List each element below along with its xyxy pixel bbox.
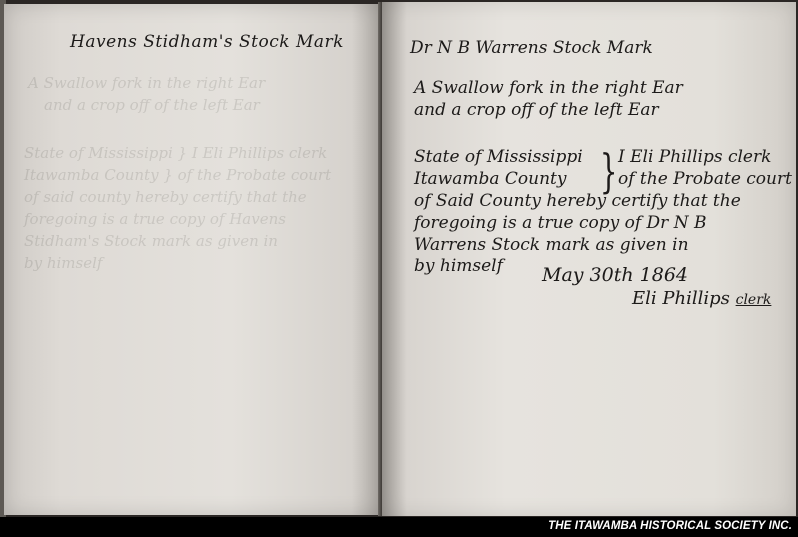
bleed-through-line: Stidham's Stock mark as given in <box>24 232 278 250</box>
certification-line: Warrens Stock mark as given in <box>414 235 689 255</box>
left-page: Havens Stidham's Stock Mark A Swallow fo… <box>4 4 382 515</box>
certification-court: of the Probate court <box>618 169 792 189</box>
credit-text: THE ITAWAMBA HISTORICAL SOCIETY INC. <box>548 520 792 532</box>
brace: } <box>600 144 618 198</box>
certification-clerk: I Eli Phillips clerk <box>618 147 771 167</box>
certification-line: of Said County hereby certify that the <box>414 191 741 211</box>
bleed-through-line: and a crop off of the left Ear <box>44 96 260 114</box>
bleed-through-line: A Swallow fork in the right Ear <box>28 74 265 92</box>
certification-line: by himself <box>414 256 503 276</box>
mark-description-line: A Swallow fork in the right Ear <box>414 78 683 98</box>
right-page-title: Dr N B Warrens Stock Mark <box>410 38 653 58</box>
bleed-through-line: foregoing is a true copy of Havens <box>24 210 286 228</box>
signature-title: clerk <box>736 292 772 308</box>
right-page: Dr N B Warrens Stock Mark A Swallow fork… <box>382 2 796 516</box>
bleed-through-line: by himself <box>24 254 102 272</box>
signature-name: Eli Phillips <box>632 288 730 309</box>
clerk-signature: Eli Phillips clerk <box>632 288 771 309</box>
ledger-photograph: Havens Stidham's Stock Mark A Swallow fo… <box>0 0 798 517</box>
bleed-through-line: State of Mississippi } I Eli Phillips cl… <box>24 144 327 162</box>
certification-state: State of Mississippi <box>414 147 583 167</box>
bleed-through-line: of said county hereby certify that the <box>24 188 307 206</box>
certification-line: foregoing is a true copy of Dr N B <box>414 213 707 233</box>
bleed-through-line: Itawamba County } of the Probate court <box>24 166 331 184</box>
certification-date: May 30th 1864 <box>542 264 688 286</box>
credit-bar: THE ITAWAMBA HISTORICAL SOCIETY INC. <box>0 517 798 537</box>
mark-description-line: and a crop off of the left Ear <box>414 100 659 120</box>
certification-county: Itawamba County <box>414 169 567 189</box>
left-page-title: Havens Stidham's Stock Mark <box>70 32 344 52</box>
